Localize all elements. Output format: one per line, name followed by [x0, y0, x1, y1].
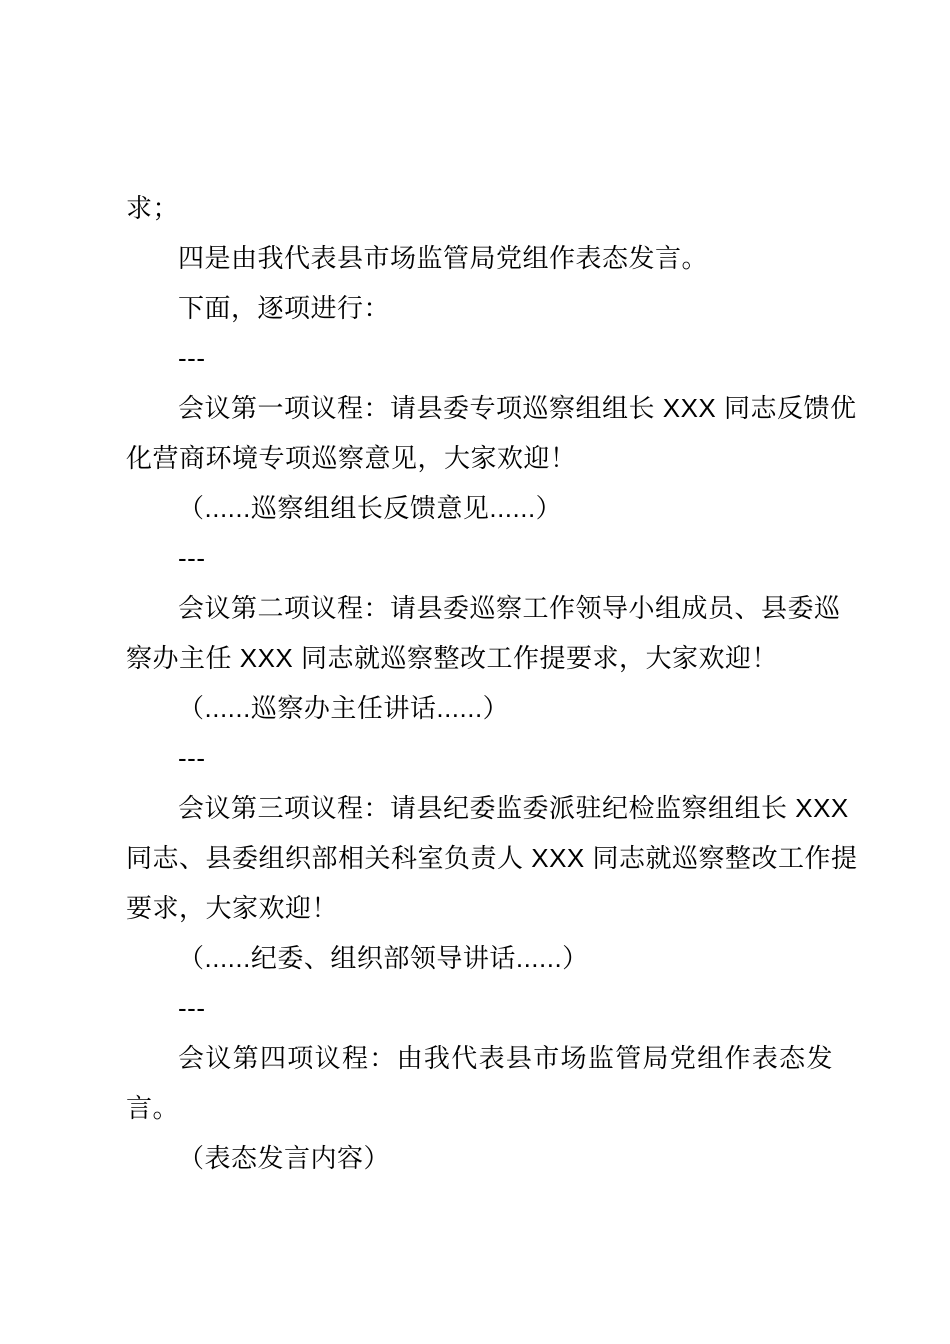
paragraph: --- — [126, 983, 833, 1033]
paragraph: （......巡察办主任讲话......） — [126, 683, 833, 733]
text-line: 言。 — [126, 1083, 833, 1133]
paragraph: 四是由我代表县市场监管局党组作表态发言。 — [126, 233, 833, 283]
paragraph: --- — [126, 533, 833, 583]
paragraph: （......纪委、组织部领导讲话......） — [126, 933, 833, 983]
paragraph: 会议第三项议程：请县纪委监委派驻纪检监察组组长 XXX同志、县委组织部相关科室负… — [126, 783, 833, 933]
paragraph: --- — [126, 733, 833, 783]
paragraph: （......巡察组组长反馈意见......） — [126, 483, 833, 533]
text-line: （......巡察办主任讲话......） — [126, 683, 833, 733]
paragraph: 求； — [126, 183, 833, 233]
text-line: 要求，大家欢迎！ — [126, 883, 833, 933]
text-line: 会议第四项议程：由我代表县市场监管局党组作表态发 — [126, 1033, 833, 1083]
text-line: --- — [126, 733, 833, 783]
paragraph: 会议第二项议程：请县委巡察工作领导小组成员、县委巡察办主任 XXX 同志就巡察整… — [126, 583, 833, 683]
text-line: 会议第一项议程：请县委专项巡察组组长 XXX 同志反馈优 — [126, 383, 833, 433]
text-line: 求； — [126, 183, 833, 233]
paragraph: 会议第一项议程：请县委专项巡察组组长 XXX 同志反馈优化营商环境专项巡察意见，… — [126, 383, 833, 483]
text-line: 化营商环境专项巡察意见，大家欢迎！ — [126, 433, 833, 483]
text-line: --- — [126, 983, 833, 1033]
text-line: （表态发言内容） — [126, 1133, 833, 1183]
text-line: 察办主任 XXX 同志就巡察整改工作提要求，大家欢迎！ — [126, 633, 833, 683]
text-line: 四是由我代表县市场监管局党组作表态发言。 — [126, 233, 833, 283]
document-page: 求；四是由我代表县市场监管局党组作表态发言。下面，逐项进行：---会议第一项议程… — [0, 0, 950, 1344]
paragraph: --- — [126, 333, 833, 383]
paragraph: 下面，逐项进行： — [126, 283, 833, 333]
text-line: --- — [126, 533, 833, 583]
text-line: （......纪委、组织部领导讲话......） — [126, 933, 833, 983]
text-line: 下面，逐项进行： — [126, 283, 833, 333]
paragraph: 会议第四项议程：由我代表县市场监管局党组作表态发言。 — [126, 1033, 833, 1133]
text-line: 同志、县委组织部相关科室负责人 XXX 同志就巡察整改工作提 — [126, 833, 833, 883]
paragraph: （表态发言内容） — [126, 1133, 833, 1183]
text-line: （......巡察组组长反馈意见......） — [126, 483, 833, 533]
text-line: --- — [126, 333, 833, 383]
text-line: 会议第三项议程：请县纪委监委派驻纪检监察组组长 XXX — [126, 783, 833, 833]
document-body: 求；四是由我代表县市场监管局党组作表态发言。下面，逐项进行：---会议第一项议程… — [126, 183, 833, 1183]
text-line: 会议第二项议程：请县委巡察工作领导小组成员、县委巡 — [126, 583, 833, 633]
